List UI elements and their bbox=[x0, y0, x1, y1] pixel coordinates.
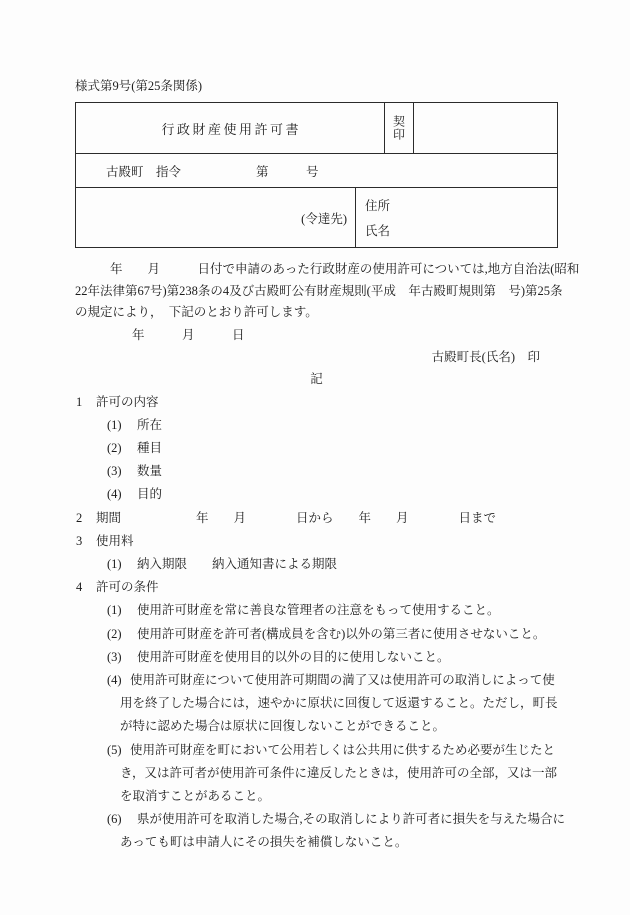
item-text: 使用許可財産を許可者(構成員を含む)以外の第三者に使用させないこと。 bbox=[75, 623, 558, 646]
item-text: 目的 bbox=[75, 483, 558, 506]
tally-seal-label: 契印 bbox=[384, 103, 414, 153]
item-text: 所在 bbox=[75, 414, 558, 437]
list-item-4-6: (6) 県が使用許可を取消した場合,その取消しにより許可者に損失を与えた場合に … bbox=[75, 808, 558, 854]
item-text: 数量 bbox=[75, 460, 558, 483]
form-number-label: 様式第9号(第25条関係) bbox=[75, 78, 558, 95]
recipient-label: (令達先) bbox=[301, 209, 347, 227]
list-item-3: 3 使用料 bbox=[75, 530, 558, 553]
terms-list: 1 許可の内容 (1) 所在 (2) 種目 (3) 数量 (4) 目的 2 期間 bbox=[75, 391, 558, 855]
list-item-4-3: (3) 使用許可財産を使用目的以外の目的に使用しないこと。 bbox=[75, 646, 558, 669]
item-text: 納入期限 納入通知書による期限 bbox=[75, 553, 558, 576]
list-item-4-1: (1) 使用許可財産を常に善良な管理者の注意をもって使用すること。 bbox=[75, 599, 558, 622]
item-text: 許可の条件 bbox=[75, 576, 558, 599]
list-item-4: 4 許可の条件 bbox=[75, 576, 558, 599]
contact-cell: 住所 氏名 bbox=[355, 188, 557, 247]
item-number: (1) bbox=[107, 414, 122, 437]
mayor-signature-line: 古殿町長(氏名) 印 bbox=[75, 346, 558, 368]
seal-blank-cell bbox=[414, 103, 557, 153]
header-table-title-row: 行政財産使用許可書 契印 bbox=[76, 103, 557, 154]
item-number: 1 bbox=[76, 391, 82, 414]
recipient-cell: (令達先) bbox=[76, 188, 355, 247]
item-number: (2) bbox=[107, 623, 122, 646]
intro-paragraph: 年 月 日付で申請のあった行政財産の使用許可については,地方自治法(昭和 22年… bbox=[75, 259, 558, 324]
list-item-1-2: (2) 種目 bbox=[75, 437, 558, 460]
document-title: 行政財産使用許可書 bbox=[76, 103, 384, 153]
item-text: 県が使用許可を取消した場合,その取消しにより許可者に損失を与えた場合に あっても… bbox=[75, 808, 558, 854]
item-text: 使用許可財産について使用許可期間の満了又は使用許可の取消しによって使 用を終了し… bbox=[75, 669, 558, 739]
directive-number-row: 古殿町 指令 第 号 bbox=[76, 154, 557, 188]
recipient-row: (令達先) 住所 氏名 bbox=[76, 188, 557, 247]
list-item-2: 2 期間 年 月 日から 年 月 日まで bbox=[75, 507, 558, 530]
list-item-4-2: (2) 使用許可財産を許可者(構成員を含む)以外の第三者に使用させないこと。 bbox=[75, 623, 558, 646]
item-text: 期間 年 月 日から 年 月 日まで bbox=[75, 507, 558, 530]
item-text: 使用許可財産を使用目的以外の目的に使用しないこと。 bbox=[75, 646, 558, 669]
list-item-1-3: (3) 数量 bbox=[75, 460, 558, 483]
document-content: 様式第9号(第25条関係) 行政財産使用許可書 契印 古殿町 指令 第 号 (令… bbox=[75, 0, 558, 855]
name-label: 氏名 bbox=[365, 221, 557, 239]
list-item-1-4: (4) 目的 bbox=[75, 483, 558, 506]
item-text: 使用料 bbox=[75, 530, 558, 553]
list-item-1: 1 許可の内容 bbox=[75, 391, 558, 414]
item-number: 2 bbox=[76, 507, 82, 530]
list-item-4-5: (5) 使用許可財産を町において公用若しくは公共用に供するため必要が生じたと き… bbox=[75, 739, 558, 809]
item-text: 種目 bbox=[75, 437, 558, 460]
list-item-1-1: (1) 所在 bbox=[75, 414, 558, 437]
header-table: 行政財産使用許可書 契印 古殿町 指令 第 号 (令達先) 住所 氏名 bbox=[75, 102, 558, 248]
list-item-3-1: (1) 納入期限 納入通知書による期限 bbox=[75, 553, 558, 576]
item-text: 使用許可財産を町において公用若しくは公共用に供するため必要が生じたと き，又は許… bbox=[75, 739, 558, 809]
address-label: 住所 bbox=[365, 196, 557, 214]
item-number: (2) bbox=[107, 437, 122, 460]
item-number: 3 bbox=[76, 530, 82, 553]
date-line: 年 月 日 bbox=[132, 324, 558, 346]
item-number: 4 bbox=[76, 576, 82, 599]
item-number: (1) bbox=[107, 599, 122, 622]
ki-heading: 記 bbox=[75, 368, 558, 390]
item-number: (3) bbox=[107, 646, 122, 669]
item-number: (4) bbox=[107, 483, 122, 506]
item-number: (1) bbox=[107, 553, 122, 576]
item-number: (5) bbox=[107, 739, 122, 762]
item-text: 使用許可財産を常に善良な管理者の注意をもって使用すること。 bbox=[75, 599, 558, 622]
item-text: 許可の内容 bbox=[75, 391, 558, 414]
directive-number-line: 古殿町 指令 第 号 bbox=[106, 162, 319, 180]
list-item-4-4: (4) 使用許可財産について使用許可期間の満了又は使用許可の取消しによって使 用… bbox=[75, 669, 558, 739]
item-number: (4) bbox=[107, 669, 122, 692]
item-number: (3) bbox=[107, 460, 122, 483]
document-page: 様式第9号(第25条関係) 行政財産使用許可書 契印 古殿町 指令 第 号 (令… bbox=[0, 0, 630, 915]
item-number: (6) bbox=[107, 808, 122, 831]
